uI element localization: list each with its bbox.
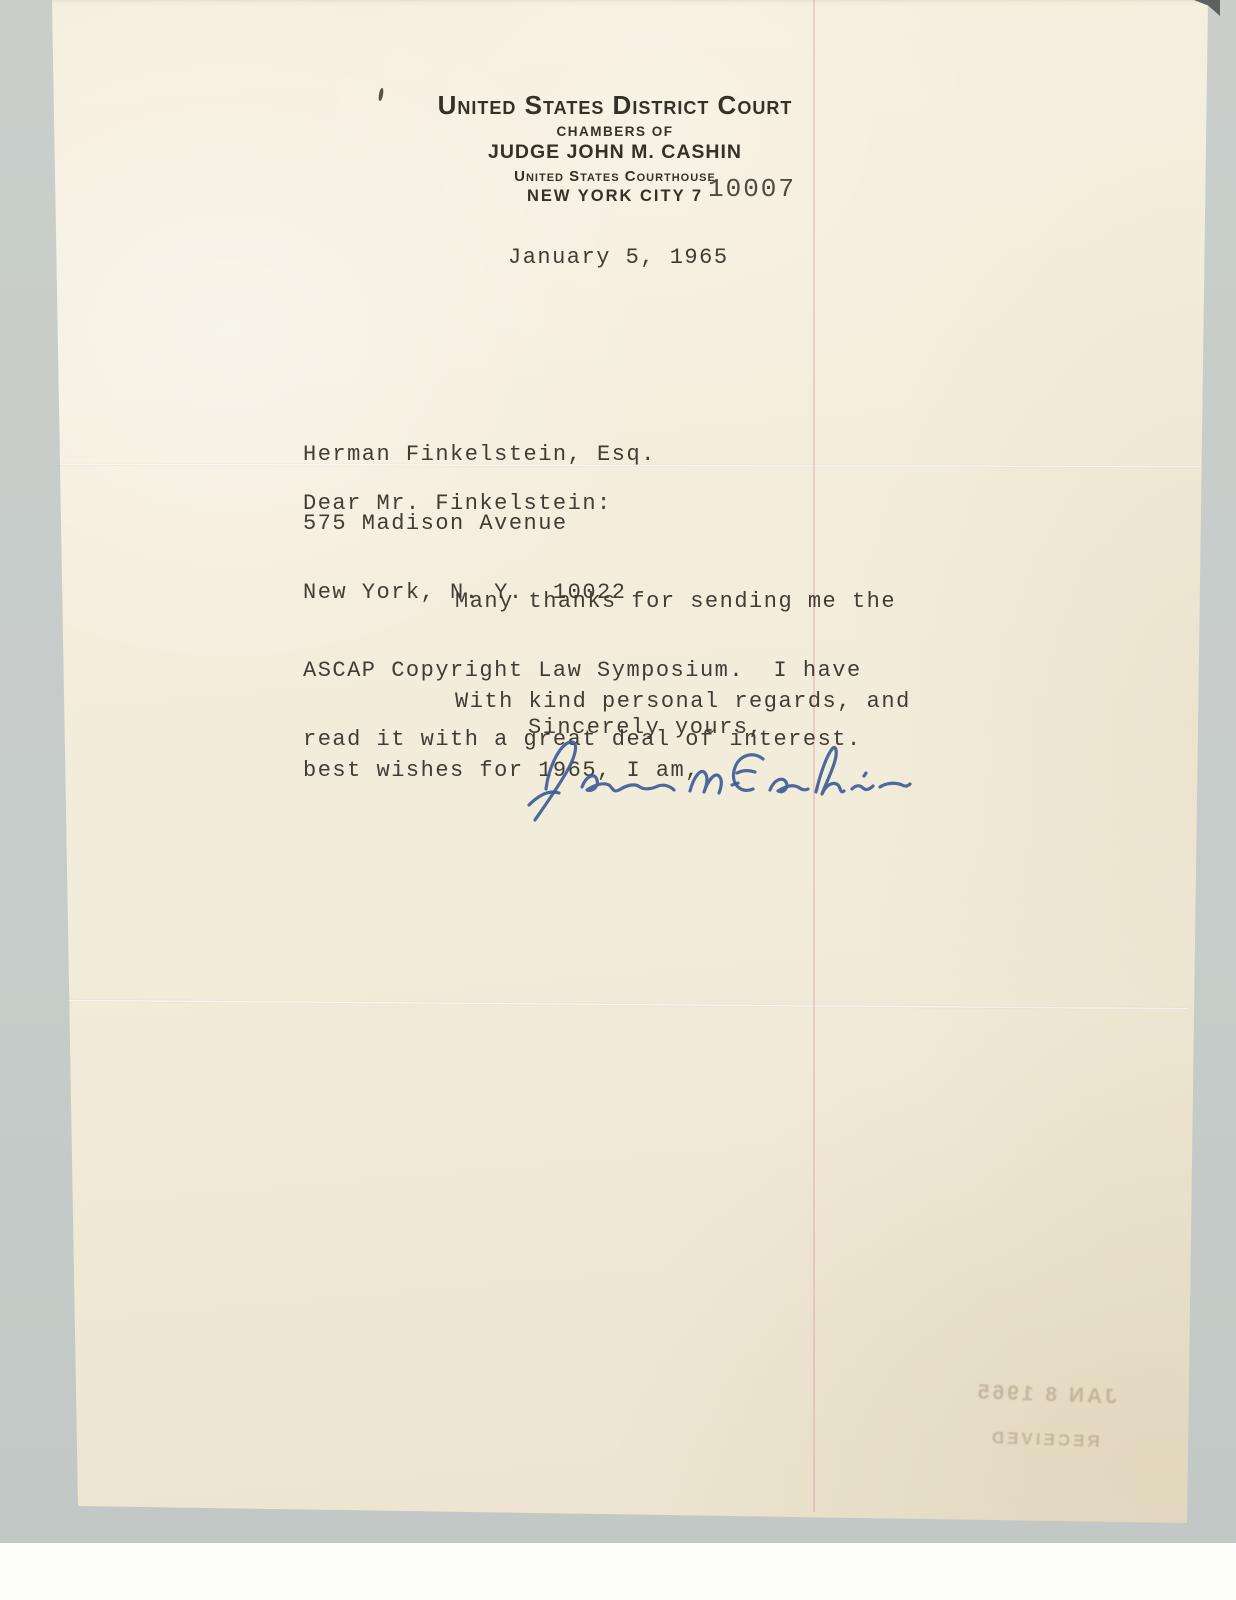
letterhead-zip-code: 10007 bbox=[708, 174, 796, 204]
fold-crease-bottom bbox=[60, 999, 1188, 1010]
letterhead-chambers-of: CHAMBERS OF bbox=[320, 125, 910, 139]
letterhead-city: NEW YORK CITY 7 bbox=[320, 187, 910, 205]
received-stamp-mirrored: JAN 8 1965 RECEIVED bbox=[949, 1380, 1141, 1454]
stamp-received-line: RECEIVED bbox=[949, 1427, 1140, 1454]
letter-paper: United States District Court CHAMBERS OF… bbox=[0, 0, 1236, 1530]
letterhead-court-name: United States District Court bbox=[320, 92, 910, 118]
body-line: Many thanks for sending me the bbox=[303, 590, 896, 613]
signature-john-m-cashin-handwritten bbox=[516, 727, 916, 827]
stamp-date-line: JAN 8 1965 bbox=[950, 1380, 1141, 1411]
image-bottom-strip bbox=[0, 1543, 1236, 1600]
letterhead: United States District Court CHAMBERS OF… bbox=[320, 92, 910, 205]
letter-date: January 5, 1965 bbox=[508, 246, 729, 269]
body-line: With kind personal regards, and bbox=[303, 690, 911, 713]
salutation: Dear Mr. Finkelstein: bbox=[303, 492, 612, 515]
letterhead-courthouse: United States Courthouse bbox=[320, 169, 910, 184]
recipient-name: Herman Finkelstein, Esq. bbox=[303, 443, 656, 466]
letterhead-judge-name: JUDGE JOHN M. CASHIN bbox=[320, 142, 910, 162]
